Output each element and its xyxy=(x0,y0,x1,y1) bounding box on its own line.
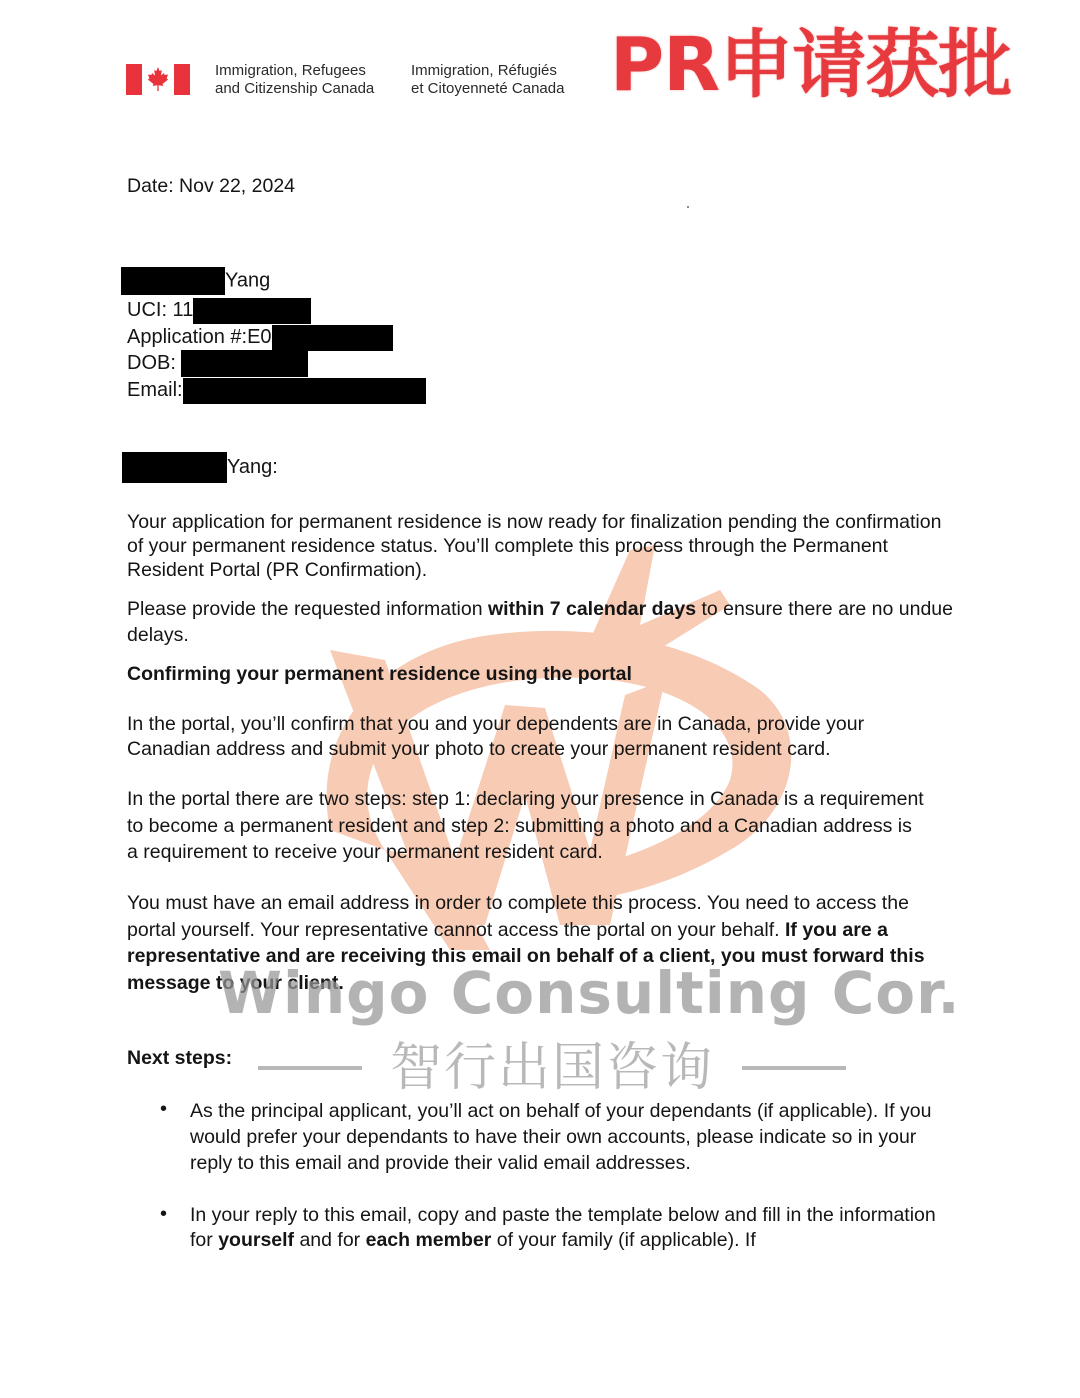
scan-speck xyxy=(687,206,689,208)
recipient-name-line: Yang xyxy=(121,267,270,295)
recipient-surname: Yang xyxy=(225,269,270,291)
uci-line: UCI: 11 xyxy=(127,297,311,324)
redaction-application-number xyxy=(272,325,393,351)
salutation-surname: Yang: xyxy=(227,456,278,478)
department-name-french: Immigration, Réfugiés et Citoyenneté Can… xyxy=(411,62,564,98)
redaction-uci xyxy=(193,298,311,324)
dob-line: DOB: xyxy=(127,350,308,377)
uci-label: UCI: 11 xyxy=(127,299,193,321)
redaction-given-name xyxy=(121,267,225,295)
letter-date: Date: Nov 22, 2024 xyxy=(127,174,295,199)
intro-paragraph: Your application for permanent residence… xyxy=(127,510,957,582)
department-name-english: Immigration, Refugees and Citizenship Ca… xyxy=(215,62,374,98)
email-line: Email: xyxy=(127,377,426,404)
canada-flag-icon xyxy=(126,64,190,95)
email-label: Email: xyxy=(127,379,183,401)
redaction-email xyxy=(183,378,426,404)
pr-approved-banner: PR申请获批 xyxy=(610,20,1011,110)
deadline-paragraph: Please provide the requested information… xyxy=(127,596,967,648)
bullet-icon: • xyxy=(160,1098,167,1121)
redaction-salutation-name xyxy=(122,452,227,483)
next-steps-label: Next steps: xyxy=(127,1046,987,1071)
redaction-dob xyxy=(181,350,308,377)
next-step-item-1: As the principal applicant, you’ll act o… xyxy=(190,1098,960,1176)
watermark-company-en: Wingo Consulting Cor. xyxy=(218,958,961,1028)
next-step-item-2: In your reply to this email, copy and pa… xyxy=(190,1203,950,1253)
application-number-line: Application #:E0 xyxy=(127,324,393,351)
salutation: Yang: xyxy=(122,452,278,483)
deadline-emphasis: within 7 calendar days xyxy=(488,598,696,620)
bullet-icon: • xyxy=(160,1203,167,1226)
portal-steps-paragraph: In the portal there are two steps: step … xyxy=(127,786,927,866)
section-heading: Confirming your permanent residence usin… xyxy=(127,662,987,687)
application-label: Application #:E0 xyxy=(127,326,272,348)
dob-label: DOB: xyxy=(127,352,176,374)
portal-confirm-paragraph: In the portal, you’ll confirm that you a… xyxy=(127,712,947,762)
